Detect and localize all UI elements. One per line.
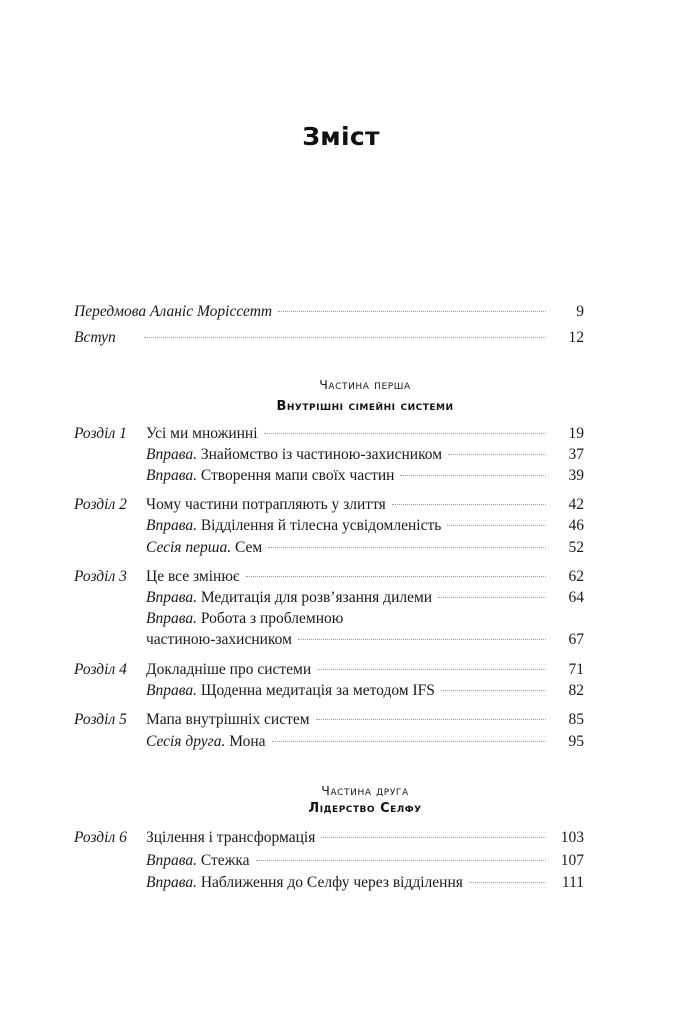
dot-leader <box>316 719 546 720</box>
chapter-label: Розділ 5 <box>74 709 127 731</box>
entry-prefix: Вправа. <box>146 608 197 630</box>
page-number: 95 <box>548 731 584 753</box>
dot-leader <box>278 311 546 312</box>
entry-title: Мапа внутрішніх систем <box>146 709 310 731</box>
toc-entry[interactable]: Сесія друга. Мона 95 <box>74 731 584 753</box>
entry-title: Наближення до Селфу через відділення <box>201 872 463 894</box>
toc-entry[interactable]: Розділ 4 Докладніше про системи 71 <box>74 659 584 681</box>
toc-entry[interactable]: Вправа. Створення мапи своїх частин 39 <box>74 465 584 487</box>
entry-title: Зцілення і трансформація <box>146 827 315 849</box>
page-number: 12 <box>548 327 584 349</box>
page-number: 107 <box>548 850 584 872</box>
entry-prefix: Вправа. <box>146 680 197 702</box>
toc-entry[interactable]: Розділ 2 Чому частини потрапляють у злит… <box>74 494 584 516</box>
toc-entry[interactable]: Розділ 6 Зцілення і трансформація 103 <box>74 827 584 849</box>
toc-entry[interactable]: Вправа. Наближення до Селфу через відділ… <box>74 872 584 894</box>
entry-title: Усі ми множинні <box>146 423 258 445</box>
dot-leader <box>447 525 546 526</box>
page-number: 42 <box>548 494 584 516</box>
toc-entry[interactable]: Вправа. Робота з проблемною <box>74 608 584 630</box>
toc-entry[interactable]: Розділ 1 Усі ми множинні 19 <box>74 423 584 445</box>
dot-leader <box>317 669 546 670</box>
entry-prefix: Вправа. <box>146 587 197 609</box>
part-label: Частина друга <box>146 783 584 798</box>
page-number: 82 <box>548 680 584 702</box>
toc-entry[interactable]: Сесія перша. Сем 52 <box>74 537 584 559</box>
chapter-label: Розділ 4 <box>74 659 127 681</box>
entry-prefix: Вправа. <box>146 515 197 537</box>
page-number: 19 <box>548 423 584 445</box>
toc-entry[interactable]: Вправа. Медитація для розв’язання дилеми… <box>74 587 584 609</box>
page-number: 67 <box>548 629 584 651</box>
entry-prefix: Сесія перша. <box>146 537 231 559</box>
dot-leader <box>441 690 546 691</box>
chapter-label: Розділ 6 <box>74 827 127 849</box>
entry-prefix: Сесія друга. <box>146 731 225 753</box>
dot-leader <box>144 337 546 338</box>
entry-title: Це все змінює <box>146 566 240 588</box>
dot-leader <box>392 504 546 505</box>
entry-title: Медитація для розв’язання дилеми <box>201 587 432 609</box>
page-number: 85 <box>548 709 584 731</box>
page-number: 71 <box>548 659 584 681</box>
toc-entry-continuation[interactable]: частиною-захисником 67 <box>74 629 584 651</box>
part-title: Лідерство Селфу <box>146 801 584 816</box>
entry-title: частиною-захисником <box>146 629 292 651</box>
toc-entry-introduction[interactable]: Вступ 12 <box>74 327 584 349</box>
part-title: Внутрішні сімейні системи <box>146 399 584 414</box>
page-number: 37 <box>548 444 584 466</box>
chapter-label: Розділ 2 <box>74 494 127 516</box>
toc-entry[interactable]: Вправа. Щоденна медитація за методом IFS… <box>74 680 584 702</box>
page-number: 64 <box>548 587 584 609</box>
toc-entry-foreword[interactable]: Передмова Аланіс Моріссетт 9 <box>74 301 584 323</box>
entry-title: Мона <box>229 731 265 753</box>
page-number: 103 <box>548 827 584 849</box>
dot-leader <box>256 860 546 861</box>
toc-entry[interactable]: Вправа. Стежка 107 <box>74 850 584 872</box>
dot-leader <box>246 576 546 577</box>
toc-entry[interactable]: Вправа. Знайомство із частиною-захиснико… <box>74 444 584 466</box>
toc-entry[interactable]: Розділ 5 Мапа внутрішніх систем 85 <box>74 709 584 731</box>
entry-title: Передмова Аланіс Моріссетт <box>74 301 272 323</box>
entry-title: Створення мапи своїх частин <box>201 465 395 487</box>
page-number: 111 <box>548 872 584 894</box>
dot-leader <box>400 475 546 476</box>
entry-title: Щоденна медитація за методом IFS <box>201 680 435 702</box>
toc-entry[interactable]: Розділ 3 Це все змінює 62 <box>74 566 584 588</box>
dot-leader <box>448 454 546 455</box>
dot-leader <box>321 837 546 838</box>
chapter-label: Розділ 1 <box>74 423 127 445</box>
entry-title: Робота з проблемною <box>201 608 343 630</box>
entry-title: Докладніше про системи <box>146 659 311 681</box>
entry-prefix: Вправа. <box>146 872 197 894</box>
entry-prefix: Вправа. <box>146 444 197 466</box>
part-label: Частина перша <box>146 377 584 392</box>
entry-title: Відділення й тілесна усвідомленість <box>201 515 441 537</box>
entry-title: Вступ <box>74 327 116 349</box>
dot-leader <box>268 547 546 548</box>
table-of-contents: Передмова Аланіс Моріссетт 9 Вступ 12 Ча… <box>0 0 682 1024</box>
dot-leader <box>469 882 546 883</box>
dot-leader <box>438 597 546 598</box>
page-number: 39 <box>548 465 584 487</box>
chapter-label: Розділ 3 <box>74 566 127 588</box>
dot-leader <box>298 639 546 640</box>
entry-title: Чому частини потрапляють у злиття <box>146 494 386 516</box>
page-number: 46 <box>548 515 584 537</box>
toc-entry[interactable]: Вправа. Відділення й тілесна усвідомлені… <box>74 515 584 537</box>
entry-title: Сем <box>235 537 262 559</box>
page-number: 62 <box>548 566 584 588</box>
entry-prefix: Вправа. <box>146 850 197 872</box>
entry-prefix: Вправа. <box>146 465 197 487</box>
page-number: 52 <box>548 537 584 559</box>
entry-title: Стежка <box>201 850 250 872</box>
dot-leader <box>272 741 546 742</box>
page-number: 9 <box>548 301 584 323</box>
entry-title: Знайомство із частиною-захисником <box>201 444 442 466</box>
dot-leader <box>264 433 546 434</box>
